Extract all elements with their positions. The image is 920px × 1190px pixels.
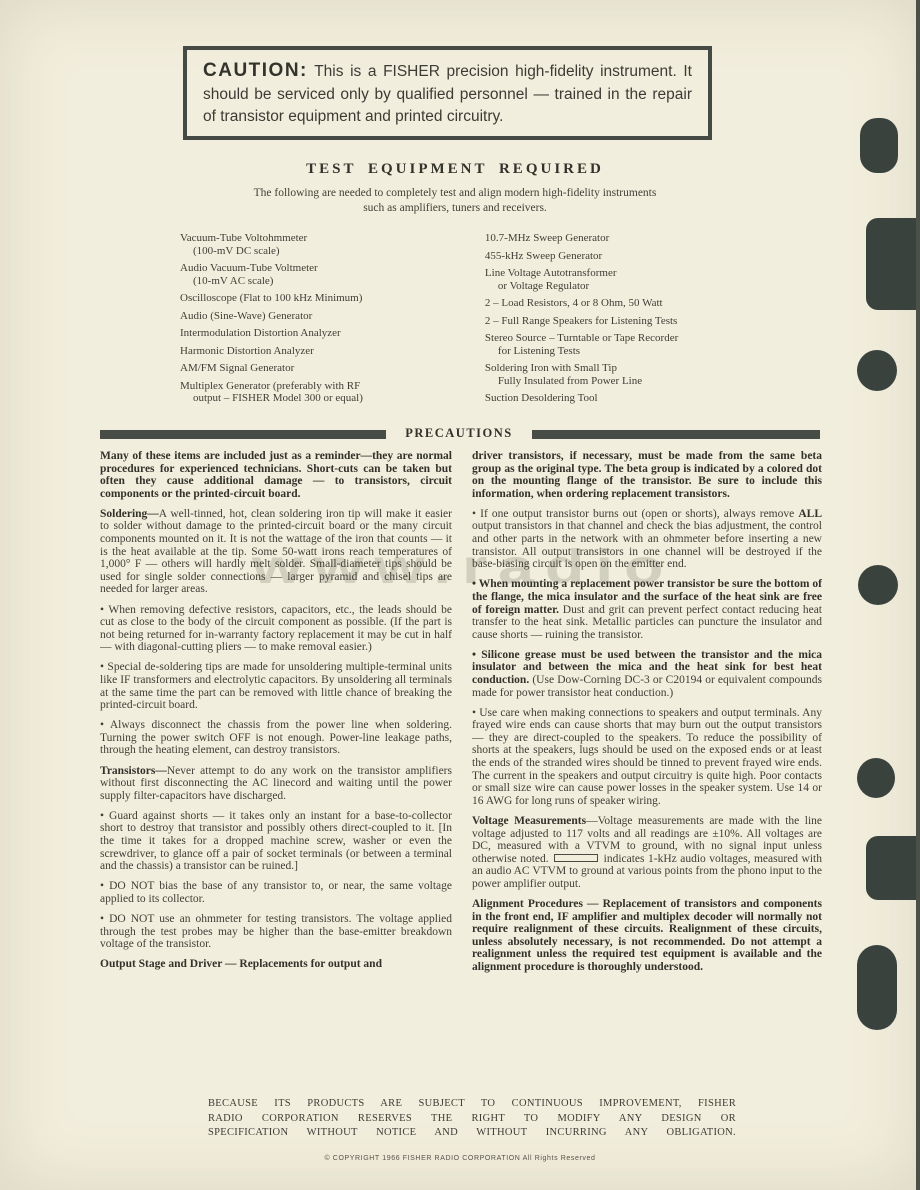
list-item: Audio Vacuum-Tube Voltmeter(10-mV AC sca…	[180, 262, 475, 287]
list-item: Line Voltage Autotransformeror Voltage R…	[485, 267, 770, 292]
paragraph: • If one output transistor burns out (op…	[472, 508, 822, 571]
binder-hole-mark	[857, 350, 897, 391]
list-item: Oscilloscope (Flat to 100 kHz Minimum)	[180, 292, 475, 305]
copyright-line: © COPYRIGHT 1966 FISHER RADIO CORPORATIO…	[160, 1155, 760, 1162]
list-item: 2 – Full Range Speakers for Listening Te…	[485, 315, 770, 328]
binder-hole-mark	[857, 758, 895, 798]
list-item: Audio (Sine-Wave) Generator	[180, 310, 475, 323]
list-item: 10.7-MHz Sweep Generator	[485, 232, 770, 245]
paragraph: • When removing defective resistors, cap…	[100, 604, 452, 654]
equipment-list-left: Vacuum-Tube Voltohmmeter(100-mV DC scale…	[180, 232, 475, 410]
caution-box: CAUTION: This is a FISHER precision high…	[183, 46, 712, 140]
rule-bar-right	[532, 430, 820, 439]
precautions-heading-bar: PRECAUTIONS	[100, 426, 820, 442]
paragraph: • When mounting a replacement power tran…	[472, 578, 822, 641]
rule-bar-left	[100, 430, 386, 439]
binder-hole-mark	[866, 836, 920, 900]
section-title-precautions: PRECAUTIONS	[386, 426, 532, 441]
test-equipment-subtitle: The following are needed to completely t…	[100, 186, 810, 216]
precautions-body: Many of these items are included just as…	[100, 450, 822, 981]
audio-voltage-box-symbol	[554, 854, 598, 862]
paragraph: • Guard against shorts — it takes only a…	[100, 810, 452, 873]
paragraph: driver transistors, if necessary, must b…	[472, 450, 822, 500]
binder-hole-mark	[857, 945, 897, 1030]
paragraph: • Silicone grease must be used between t…	[472, 649, 822, 699]
equipment-list-right: 10.7-MHz Sweep Generator 455-kHz Sweep G…	[485, 232, 770, 410]
paragraph: • DO NOT use an ohmmeter for testing tra…	[100, 913, 452, 951]
list-item: 455-kHz Sweep Generator	[485, 250, 770, 263]
paragraph: Many of these items are included just as…	[100, 450, 452, 500]
paragraph: Soldering—A well-tinned, hot, clean sold…	[100, 508, 452, 596]
paragraph: Output Stage and Driver — Replacements f…	[100, 958, 452, 971]
list-item: 2 – Load Resistors, 4 or 8 Ohm, 50 Watt	[485, 297, 770, 310]
binder-hole-mark	[860, 118, 898, 173]
section-title-test-equipment: TEST EQUIPMENT REQUIRED	[100, 161, 810, 178]
paragraph: • DO NOT bias the base of any transistor…	[100, 880, 452, 905]
list-item: Multiplex Generator (preferably with RFo…	[180, 380, 475, 405]
list-item: Vacuum-Tube Voltohmmeter(100-mV DC scale…	[180, 232, 475, 257]
list-item: AM/FM Signal Generator	[180, 362, 475, 375]
equipment-lists: Vacuum-Tube Voltohmmeter(100-mV DC scale…	[180, 232, 770, 410]
paragraph: Alignment Procedures — Replacement of tr…	[472, 898, 822, 974]
list-item: Intermodulation Distortion Analyzer	[180, 327, 475, 340]
page-edge-shadow	[916, 0, 920, 1190]
paragraph: Transistors—Never attempt to do any work…	[100, 765, 452, 803]
precautions-left-column: Many of these items are included just as…	[100, 450, 452, 981]
binder-hole-mark	[858, 565, 898, 605]
caution-label: CAUTION:	[203, 60, 308, 81]
paragraph: • Special de-soldering tips are made for…	[100, 661, 452, 711]
footer-notice: BECAUSE ITS PRODUCTS ARE SUBJECT TO CONT…	[208, 1097, 736, 1141]
document-page: www.radio CAUTION: This is a FISHER prec…	[0, 0, 920, 1190]
list-item: Stereo Source – Turntable or Tape Record…	[485, 332, 770, 357]
list-item: Suction Desoldering Tool	[485, 392, 770, 405]
paragraph: Voltage Measurements—Voltage measurement…	[472, 815, 822, 891]
paragraph: • Always disconnect the chassis from the…	[100, 719, 452, 757]
binder-hole-mark	[866, 218, 920, 310]
list-item: Harmonic Distortion Analyzer	[180, 345, 475, 358]
list-item: Soldering Iron with Small TipFully Insul…	[485, 362, 770, 387]
paragraph: • Use care when making connections to sp…	[472, 707, 822, 808]
precautions-right-column: driver transistors, if necessary, must b…	[472, 450, 822, 981]
